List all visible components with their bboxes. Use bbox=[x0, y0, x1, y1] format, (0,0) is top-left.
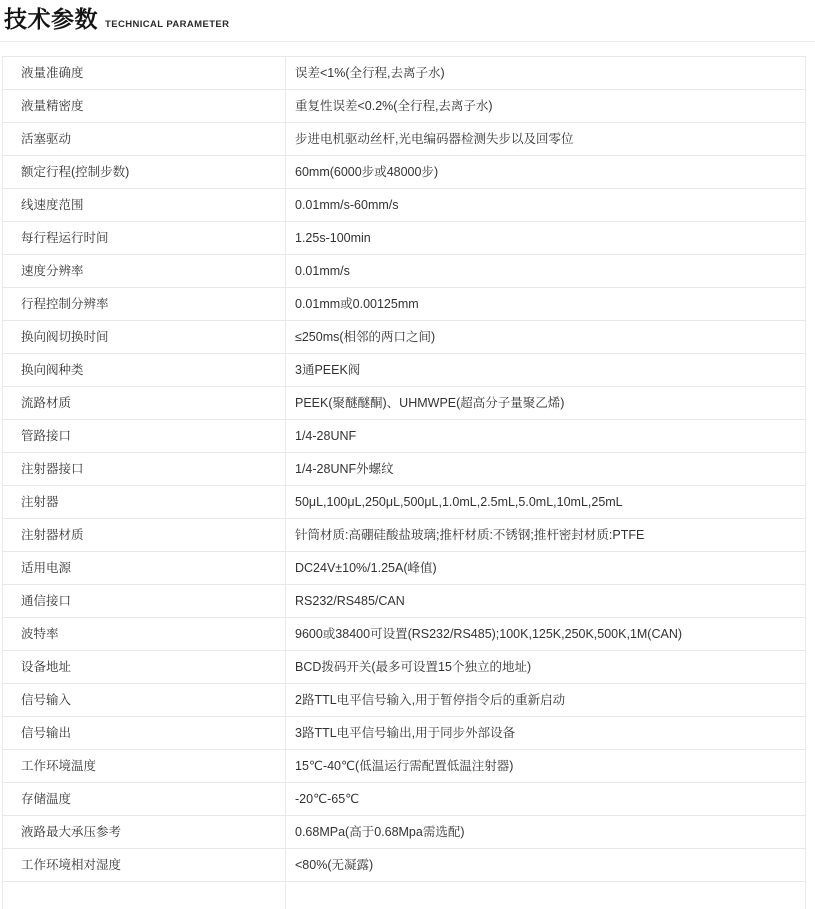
param-value-cell bbox=[286, 882, 806, 909]
param-name-cell: 线速度范围 bbox=[3, 189, 286, 222]
table-row: 流路材质PEEK(聚醚醚酮)、UHMWPE(超高分子量聚乙烯) bbox=[3, 387, 806, 420]
param-value-cell: 0.01mm或0.00125mm bbox=[286, 288, 806, 321]
param-name-cell: 波特率 bbox=[3, 618, 286, 651]
param-value-cell: 1/4-28UNF外螺纹 bbox=[286, 453, 806, 486]
spec-table-body: 液量准确度误差<1%(全行程,去离子水)液量精密度重复性误差<0.2%(全行程,… bbox=[3, 57, 806, 909]
table-row: 适用电源DC24V±10%/1.25A(峰值) bbox=[3, 552, 806, 585]
table-row: 活塞驱动步进电机驱动丝杆,光电编码器检测失步以及回零位 bbox=[3, 123, 806, 156]
param-name-cell: 管路接口 bbox=[3, 420, 286, 453]
param-value-cell: 50μL,100μL,250μL,500μL,1.0mL,2.5mL,5.0mL… bbox=[286, 486, 806, 519]
table-row: 设备地址BCD拨码开关(最多可设置15个独立的地址) bbox=[3, 651, 806, 684]
param-name-cell: 工作环境相对湿度 bbox=[3, 849, 286, 882]
technical-parameter-page: 技术参数 TECHNICAL PARAMETER 液量准确度误差<1%(全行程,… bbox=[0, 0, 815, 909]
table-row: 注射器材质针筒材质:高硼硅酸盐玻璃;推杆材质:不锈钢;推杆密封材质:PTFE bbox=[3, 519, 806, 552]
table-row: 额定行程(控制步数)60mm(6000步或48000步) bbox=[3, 156, 806, 189]
param-value-cell: -20℃-65℃ bbox=[286, 783, 806, 816]
table-row: 工作环境温度15℃-40℃(低温运行需配置低温注射器) bbox=[3, 750, 806, 783]
param-value-cell: 3通PEEK阀 bbox=[286, 354, 806, 387]
param-name-cell: 存储温度 bbox=[3, 783, 286, 816]
param-name-cell: 液量准确度 bbox=[3, 57, 286, 90]
table-row: 注射器50μL,100μL,250μL,500μL,1.0mL,2.5mL,5.… bbox=[3, 486, 806, 519]
table-row: 速度分辨率0.01mm/s bbox=[3, 255, 806, 288]
table-row bbox=[3, 882, 806, 909]
param-name-cell: 注射器材质 bbox=[3, 519, 286, 552]
param-value-cell: 误差<1%(全行程,去离子水) bbox=[286, 57, 806, 90]
page-subtitle: TECHNICAL PARAMETER bbox=[105, 19, 229, 30]
param-value-cell: BCD拨码开关(最多可设置15个独立的地址) bbox=[286, 651, 806, 684]
table-row: 通信接口RS232/RS485/CAN bbox=[3, 585, 806, 618]
table-row: 波特率9600或38400可设置(RS232/RS485);100K,125K,… bbox=[3, 618, 806, 651]
param-name-cell: 适用电源 bbox=[3, 552, 286, 585]
param-value-cell: 3路TTL电平信号输出,用于同步外部设备 bbox=[286, 717, 806, 750]
param-name-cell: 信号输入 bbox=[3, 684, 286, 717]
table-row: 注射器接口1/4-28UNF外螺纹 bbox=[3, 453, 806, 486]
param-value-cell: PEEK(聚醚醚酮)、UHMWPE(超高分子量聚乙烯) bbox=[286, 387, 806, 420]
param-name-cell: 设备地址 bbox=[3, 651, 286, 684]
param-value-cell: ≤250ms(相邻的两口之间) bbox=[286, 321, 806, 354]
param-name-cell: 速度分辨率 bbox=[3, 255, 286, 288]
table-row: 液量精密度重复性误差<0.2%(全行程,去离子水) bbox=[3, 90, 806, 123]
table-row: 线速度范围0.01mm/s-60mm/s bbox=[3, 189, 806, 222]
param-value-cell: RS232/RS485/CAN bbox=[286, 585, 806, 618]
table-row: 行程控制分辨率0.01mm或0.00125mm bbox=[3, 288, 806, 321]
table-row: 每行程运行时间1.25s-100min bbox=[3, 222, 806, 255]
param-value-cell: 2路TTL电平信号输入,用于暂停指令后的重新启动 bbox=[286, 684, 806, 717]
param-value-cell: 步进电机驱动丝杆,光电编码器检测失步以及回零位 bbox=[286, 123, 806, 156]
param-value-cell: 0.01mm/s bbox=[286, 255, 806, 288]
param-name-cell: 行程控制分辨率 bbox=[3, 288, 286, 321]
param-name-cell: 换向阀种类 bbox=[3, 354, 286, 387]
table-row: 液量准确度误差<1%(全行程,去离子水) bbox=[3, 57, 806, 90]
table-row: 管路接口1/4-28UNF bbox=[3, 420, 806, 453]
page-title: 技术参数 bbox=[4, 7, 98, 32]
param-name-cell: 信号输出 bbox=[3, 717, 286, 750]
param-name-cell: 注射器 bbox=[3, 486, 286, 519]
param-value-cell: 1/4-28UNF bbox=[286, 420, 806, 453]
table-row: 工作环境相对湿度<80%(无凝露) bbox=[3, 849, 806, 882]
param-value-cell: 9600或38400可设置(RS232/RS485);100K,125K,250… bbox=[286, 618, 806, 651]
param-value-cell: 0.01mm/s-60mm/s bbox=[286, 189, 806, 222]
table-row: 液路最大承压参考0.68MPa(高于0.68Mpa需选配) bbox=[3, 816, 806, 849]
param-name-cell: 流路材质 bbox=[3, 387, 286, 420]
param-name-cell bbox=[3, 882, 286, 909]
param-value-cell: 1.25s-100min bbox=[286, 222, 806, 255]
param-value-cell: 0.68MPa(高于0.68Mpa需选配) bbox=[286, 816, 806, 849]
param-name-cell: 活塞驱动 bbox=[3, 123, 286, 156]
param-value-cell: 15℃-40℃(低温运行需配置低温注射器) bbox=[286, 750, 806, 783]
param-name-cell: 液路最大承压参考 bbox=[3, 816, 286, 849]
param-name-cell: 液量精密度 bbox=[3, 90, 286, 123]
spec-table: 液量准确度误差<1%(全行程,去离子水)液量精密度重复性误差<0.2%(全行程,… bbox=[2, 56, 806, 909]
param-value-cell: 重复性误差<0.2%(全行程,去离子水) bbox=[286, 90, 806, 123]
param-value-cell: DC24V±10%/1.25A(峰值) bbox=[286, 552, 806, 585]
param-value-cell: <80%(无凝露) bbox=[286, 849, 806, 882]
param-name-cell: 换向阀切换时间 bbox=[3, 321, 286, 354]
table-row: 换向阀种类3通PEEK阀 bbox=[3, 354, 806, 387]
title-line: 技术参数 TECHNICAL PARAMETER bbox=[4, 7, 815, 32]
param-name-cell: 每行程运行时间 bbox=[3, 222, 286, 255]
param-value-cell: 60mm(6000步或48000步) bbox=[286, 156, 806, 189]
section-header: 技术参数 TECHNICAL PARAMETER bbox=[0, 0, 815, 34]
param-name-cell: 通信接口 bbox=[3, 585, 286, 618]
table-row: 换向阀切换时间≤250ms(相邻的两口之间) bbox=[3, 321, 806, 354]
table-row: 信号输出3路TTL电平信号输出,用于同步外部设备 bbox=[3, 717, 806, 750]
table-row: 信号输入2路TTL电平信号输入,用于暂停指令后的重新启动 bbox=[3, 684, 806, 717]
param-name-cell: 注射器接口 bbox=[3, 453, 286, 486]
header-divider bbox=[0, 41, 815, 42]
param-value-cell: 针筒材质:高硼硅酸盐玻璃;推杆材质:不锈钢;推杆密封材质:PTFE bbox=[286, 519, 806, 552]
table-row: 存储温度-20℃-65℃ bbox=[3, 783, 806, 816]
param-name-cell: 额定行程(控制步数) bbox=[3, 156, 286, 189]
param-name-cell: 工作环境温度 bbox=[3, 750, 286, 783]
